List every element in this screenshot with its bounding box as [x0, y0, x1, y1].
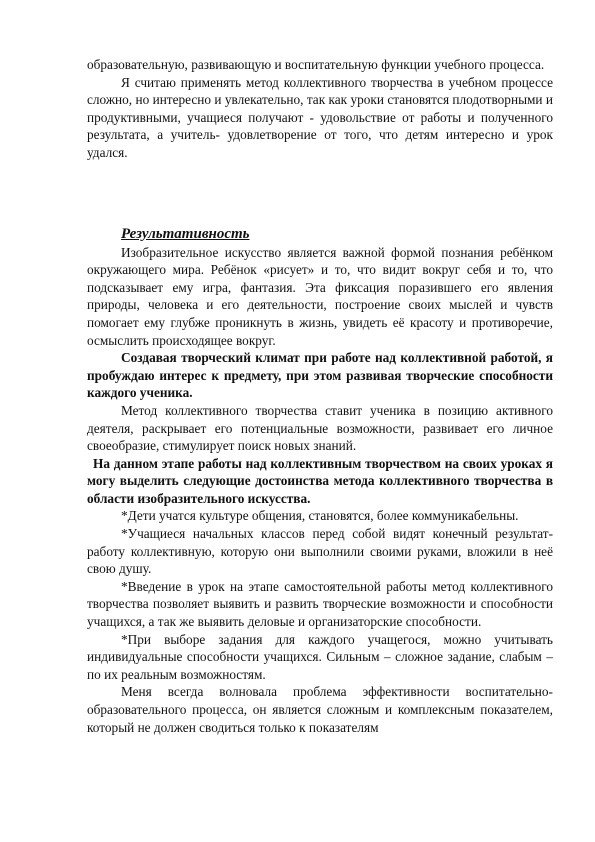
- section-heading: Результативность: [121, 224, 553, 244]
- list-item-communication: *Дети учатся культуре общения, становятс…: [87, 507, 553, 525]
- list-item-independent-work: *Введение в урок на этапе самостоятельно…: [87, 578, 553, 631]
- paragraph-method-role: Метод коллективного творчества ставит уч…: [87, 402, 553, 455]
- paragraph-method-opinion: Я считаю применять метод коллективного т…: [87, 74, 553, 162]
- paragraph-advantages-intro: На данном этапе работы над коллективным …: [87, 455, 553, 508]
- section-gap: [87, 162, 553, 224]
- paragraph-creative-climate: Создавая творческий климат при работе на…: [87, 349, 553, 402]
- list-item-task-choice: *При выборе задания для каждого учащегос…: [87, 631, 553, 684]
- paragraph-art-cognition: Изобразительное искусство является важно…: [87, 244, 553, 350]
- paragraph-continuation: образовательную, развивающую и воспитате…: [87, 56, 553, 74]
- list-item-final-result: *Учащиеся начальных классов перед собой …: [87, 525, 553, 578]
- document-page: образовательную, развивающую и воспитате…: [87, 56, 553, 736]
- paragraph-effectiveness: Меня всегда волновала проблема эффективн…: [87, 683, 553, 736]
